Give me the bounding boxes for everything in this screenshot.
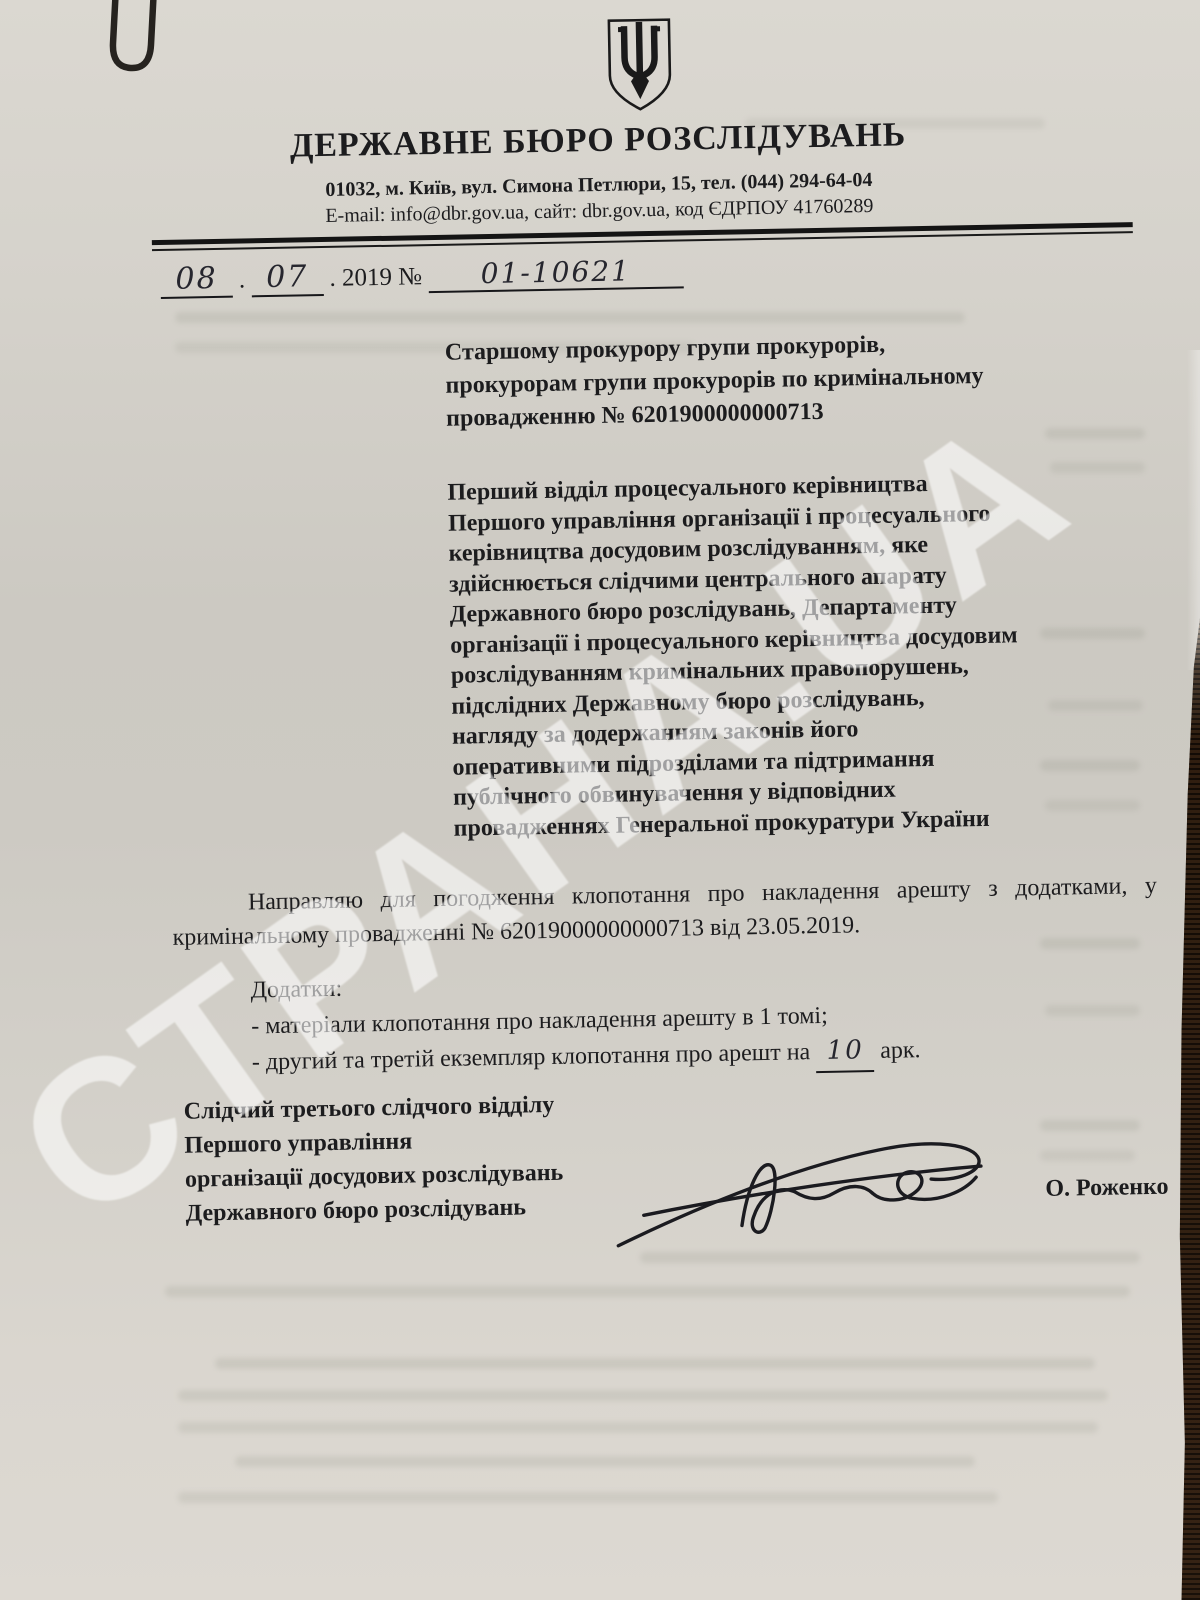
handwritten-doc-number: 01-10621 [480,254,631,290]
attachment-item-text: арк. [880,1037,921,1064]
addressee-block: Старшому прокурору групи прокурорів, про… [445,327,985,436]
org-name: ДЕРЖАВНЕ БЮРО РОЗСЛІДУВАНЬ [0,111,1198,171]
ukraine-trident-emblem-icon [602,17,678,114]
handwritten-sheet-count: 10 [826,1035,864,1066]
handwritten-signature-icon [612,1121,1004,1253]
signer-name: О. Роженко [1045,1174,1169,1203]
printed-year-no: 2019 № [342,263,423,291]
handwritten-month: 07 [266,259,309,295]
printed-dot: . [329,265,336,292]
date-number-line: 08 . 07 . 2019 № 01-10621 [160,252,683,299]
document-photo: ДЕРЖАВНЕ БЮРО РОЗСЛІДУВАНЬ 01032, м. Киї… [0,0,1200,1600]
printed-dot: . [239,266,246,293]
paperclip-icon [97,0,166,96]
handwritten-day: 08 [175,261,218,297]
signer-position-line: Державного бюро розслідувань [185,1190,564,1231]
